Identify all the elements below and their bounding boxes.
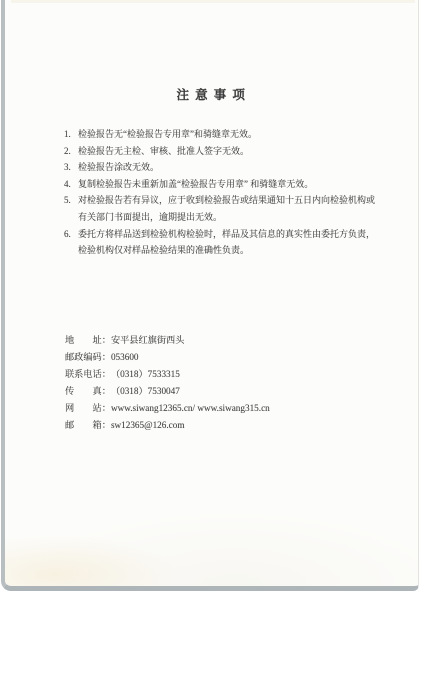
contact-label: 传 真： [65,383,111,400]
notice-list: 1. 检验报告无“检验报告专用章”和骑缝章无效。 2. 检验报告无主检、审核、批… [64,126,379,259]
notice-number: 6. [64,226,78,259]
notice-text: 检验报告无“检验报告专用章”和骑缝章无效。 [78,126,379,143]
notice-number: 1. [64,126,78,143]
notice-text: 检验报告涂改无效。 [78,159,379,176]
contact-label: 联系电话： [65,366,111,383]
notice-number: 2. [64,143,78,160]
notice-number: 5. [64,192,78,225]
page-title: 注 意 事 项 [5,85,418,103]
notice-text: 委托方将样品送到检验机构检验时，样品及其信息的真实性由委托方负责，检验机构仅对样… [78,226,379,259]
contact-value: 053600 [111,352,139,362]
notice-item: 4. 复制检验报告未重新加盖“检验报告专用章” 和骑缝章无效。 [64,176,379,193]
contact-label: 地 址： [65,332,111,349]
contact-info-block: 地 址：安平县红旗街西头 邮政编码：053600 联系电话：（0318）7533… [65,332,270,435]
contact-label: 邮政编码： [65,349,111,366]
notice-item: 5. 对检验报告若有异议，应于收到检验报告或结果通知十五日内向检验机构或有关部门… [64,192,379,225]
contact-row-email: 邮 箱：sw12365@126.com [65,417,270,434]
notice-number: 4. [64,176,78,193]
contact-value: www.siwang12365.cn/ www.siwang315.cn [111,403,270,413]
notice-item: 6. 委托方将样品送到检验机构检验时，样品及其信息的真实性由委托方负责，检验机构… [64,226,379,259]
notice-text: 对检验报告若有异议，应于收到检验报告或结果通知十五日内向检验机构或有关部门书面提… [78,192,379,225]
notice-number: 3. [64,159,78,176]
scanned-document-page: 注 意 事 项 1. 检验报告无“检验报告专用章”和骑缝章无效。 2. 检验报告… [1,0,419,591]
notice-item: 2. 检验报告无主检、审核、批准人签字无效。 [64,143,379,160]
notice-item: 1. 检验报告无“检验报告专用章”和骑缝章无效。 [64,126,379,143]
contact-row-phone: 联系电话：（0318）7533315 [65,366,270,383]
notice-text: 复制检验报告未重新加盖“检验报告专用章” 和骑缝章无效。 [78,176,379,193]
contact-row-website: 网 站：www.siwang12365.cn/ www.siwang315.cn [65,400,270,417]
page-top-edge [11,0,415,3]
contact-value: （0318）7530047 [111,386,180,396]
contact-row-address: 地 址：安平县红旗街西头 [65,332,270,349]
contact-row-postcode: 邮政编码：053600 [65,349,270,366]
contact-row-fax: 传 真：（0318）7530047 [65,383,270,400]
contact-label: 邮 箱： [65,417,111,434]
contact-value: （0318）7533315 [111,369,180,379]
contact-value: sw12365@126.com [111,420,185,430]
notice-item: 3. 检验报告涂改无效。 [64,159,379,176]
contact-label: 网 站： [65,400,111,417]
notice-text: 检验报告无主检、审核、批准人签字无效。 [78,143,379,160]
contact-value: 安平县红旗街西头 [111,335,185,345]
